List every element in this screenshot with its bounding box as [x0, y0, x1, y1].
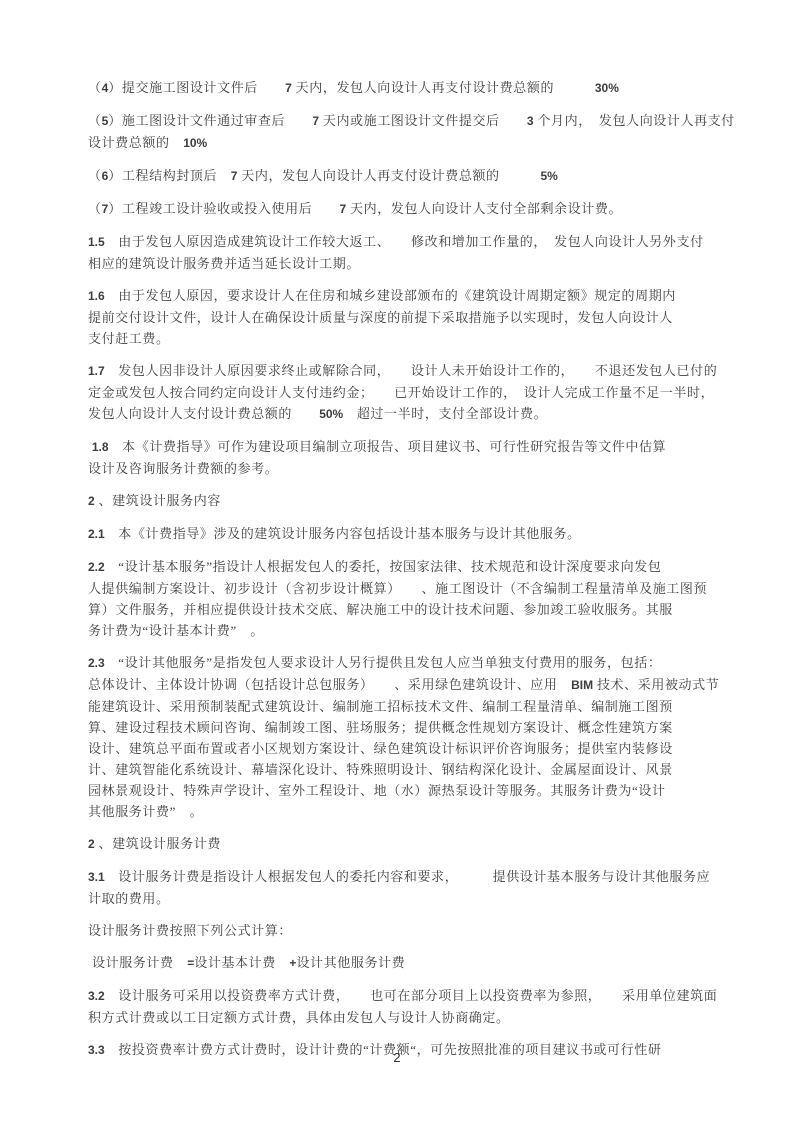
text-line: 提前交付设计文件，设计人在确保设计质量与深度的前提下采取措施予以实现时，发包人向… — [88, 307, 710, 328]
paragraph: （4）提交施工图设计文件后 7 天内，发包人向设计人再支付设计费总额的 30% — [88, 77, 710, 99]
paragraph: 3.1 设计服务计费是指设计人根据发包人的委托内容和要求， 提供设计基本服务与设… — [88, 866, 710, 909]
text-line: 1.6 由于发包人原因，要求设计人在住房和城乡建设部颁布的《建筑设计周期定额》规… — [88, 285, 710, 307]
numeric-text: 6 — [102, 169, 109, 183]
text-line: 能建筑设计、采用预制装配式建筑设计、编制施工招标技术文件、编制工程量清单、编制施… — [88, 696, 710, 717]
paragraph: 1.8 本《计费指导》可作为建设项目编制立项报告、项目建议书、可行性研究报告等文… — [88, 436, 710, 479]
numeric-text: BIM — [571, 678, 593, 692]
text-line: 积方式计费或以工日定额方式计费，具体由发包人与设计人协商确定。 — [88, 1007, 710, 1028]
numeric-text: 50% — [319, 407, 343, 421]
section-heading: 2 、建筑设计服务计费 — [88, 833, 710, 855]
text-line: 务计费为“设计基本计费” 。 — [88, 620, 710, 641]
text-line: 算、建设过程技术顾问咨询、编制竣工图、驻场服务；提供概念性规划方案设计、概念性建… — [88, 717, 710, 738]
text-line: 设计及咨询服务计费额的参考。 — [88, 458, 710, 479]
text-line: 2 、建筑设计服务计费 — [88, 833, 710, 855]
paragraph: （6）工程结构封顶后 7 天内，发包人向设计人再支付设计费总额的 5% — [88, 165, 710, 187]
text-line: 总体设计、主体设计协调（包括设计总包服务） 、采用绿色建筑设计、应用 BIM 技… — [88, 674, 710, 696]
text-line: 2.2 “设计基本服务”指设计人根据发包人的委托，按国家法律、技术规范和设计深度… — [88, 556, 710, 578]
text-line: 支付赶工费。 — [88, 328, 710, 349]
text-line: 2.1 本《计费指导》涉及的建筑设计服务内容包括设计基本服务与设计其他服务。 — [88, 523, 710, 545]
numeric-text: 4 — [102, 81, 109, 95]
text-line: 3.2 设计服务可采用以投资费率方式计费， 也可在部分项目上以投资费率为参照， … — [88, 985, 710, 1007]
paragraph: 2.3 “设计其他服务”是指发包人要求设计人另行提供且发包人应当单独支付费用的服… — [88, 652, 710, 822]
numeric-text: 1.5 — [88, 235, 105, 249]
text-line: 其他服务计费” 。 — [88, 801, 710, 822]
document-body: （4）提交施工图设计文件后 7 天内，发包人向设计人再支付设计费总额的 30%（… — [88, 77, 710, 1072]
numeric-text: 1.7 — [88, 364, 105, 378]
numeric-text: 30% — [595, 81, 619, 95]
numeric-text: 1.6 — [88, 289, 105, 303]
text-line: 1.8 本《计费指导》可作为建设项目编制立项报告、项目建议书、可行性研究报告等文… — [88, 436, 710, 458]
numeric-text: 7 — [340, 202, 347, 216]
fee-formula: 设计服务计费 =设计基本计费 +设计其他服务计费 — [88, 952, 710, 974]
numeric-text: 7 — [231, 169, 238, 183]
text-line: （7）工程竣工设计验收或投入使用后 7 天内，发包人向设计人支付全部剩余设计费。 — [88, 198, 710, 220]
numeric-text: 7 — [285, 81, 292, 95]
numeric-text: 2.2 — [88, 560, 105, 574]
numeric-text: + — [289, 956, 296, 970]
numeric-text: 2 — [88, 837, 95, 851]
numeric-text: 7 — [102, 202, 109, 216]
paragraph: 设计服务计费按照下列公式计算： — [88, 920, 710, 941]
text-line: 计取的费用。 — [88, 888, 710, 909]
paragraph: 1.5 由于发包人原因造成建筑设计工作较大返工、 修改和增加工作量的， 发包人向… — [88, 231, 710, 274]
text-line: （4）提交施工图设计文件后 7 天内，发包人向设计人再支付设计费总额的 30% — [88, 77, 710, 99]
text-line: 3.1 设计服务计费是指设计人根据发包人的委托内容和要求， 提供设计基本服务与设… — [88, 866, 710, 888]
document-page: （4）提交施工图设计文件后 7 天内，发包人向设计人再支付设计费总额的 30%（… — [0, 0, 794, 1123]
numeric-text: 3.2 — [88, 989, 105, 1003]
paragraph: （5）施工图设计文件通过审查后 7 天内或施工图设计文件提交后 3 个月内， 发… — [88, 110, 710, 154]
numeric-text: 2.1 — [88, 527, 105, 541]
text-line: 园林景观设计、特殊声学设计、室外工程设计、地（水）源热泵设计等服务。其服务计费为… — [88, 780, 710, 801]
numeric-text: 1.8 — [92, 440, 109, 454]
text-line: 1.5 由于发包人原因造成建筑设计工作较大返工、 修改和增加工作量的， 发包人向… — [88, 231, 710, 253]
text-line: 2.3 “设计其他服务”是指发包人要求设计人另行提供且发包人应当单独支付费用的服… — [88, 652, 710, 674]
paragraph: 1.7 发包人因非设计人原因要求终止或解除合同， 设计人未开始设计工作的， 不退… — [88, 360, 710, 425]
text-line: （6）工程结构封顶后 7 天内，发包人向设计人再支付设计费总额的 5% — [88, 165, 710, 187]
numeric-text: 2 — [88, 494, 95, 508]
paragraph: 3.2 设计服务可采用以投资费率方式计费， 也可在部分项目上以投资费率为参照， … — [88, 985, 710, 1028]
text-line: 2 、建筑设计服务内容 — [88, 490, 710, 512]
text-line: 设计费总额的 10% — [88, 132, 710, 154]
text-line: 计、建筑智能化系统设计、幕墙深化设计、特殊照明设计、钢结构深化设计、金属屋面设计… — [88, 759, 710, 780]
text-line: 定金或发包人按合同约定向设计人支付违约金； 已开始设计工作的， 设计人完成工作量… — [88, 382, 710, 403]
numeric-text: 10% — [183, 136, 207, 150]
section-heading: 2 、建筑设计服务内容 — [88, 490, 710, 512]
paragraph: 2.2 “设计基本服务”指设计人根据发包人的委托，按国家法律、技术规范和设计深度… — [88, 556, 710, 641]
numeric-text: 5 — [102, 114, 109, 128]
text-line: 设计、建筑总平面布置或者小区规划方案设计、绿色建筑设计标识评价咨询服务；提供室内… — [88, 738, 710, 759]
text-line: （5）施工图设计文件通过审查后 7 天内或施工图设计文件提交后 3 个月内， 发… — [88, 110, 710, 132]
text-line: 设计服务计费按照下列公式计算： — [88, 920, 710, 941]
paragraph: 1.6 由于发包人原因，要求设计人在住房和城乡建设部颁布的《建筑设计周期定额》规… — [88, 285, 710, 349]
numeric-text: 3 — [527, 114, 534, 128]
text-line: 人提供编制方案设计、初步设计（含初步设计概算） 、施工图设计（不含编制工程量清单… — [88, 578, 710, 599]
numeric-text: 5% — [540, 169, 557, 183]
text-line: 设计服务计费 =设计基本计费 +设计其他服务计费 — [88, 952, 710, 974]
text-line: 相应的建筑设计服务费并适当延长设计工期。 — [88, 253, 710, 274]
paragraph: （7）工程竣工设计验收或投入使用后 7 天内，发包人向设计人支付全部剩余设计费。 — [88, 198, 710, 220]
numeric-text: = — [187, 956, 194, 970]
text-line: 算）文件服务，并相应提供设计技术交底、解决施工中的设计技术问题、参加竣工验收服务… — [88, 599, 710, 620]
paragraph: 2.1 本《计费指导》涉及的建筑设计服务内容包括设计基本服务与设计其他服务。 — [88, 523, 710, 545]
numeric-text: 3.1 — [88, 870, 105, 884]
page-number: 2 — [0, 1050, 794, 1065]
text-line: 1.7 发包人因非设计人原因要求终止或解除合同， 设计人未开始设计工作的， 不退… — [88, 360, 710, 382]
numeric-text: 7 — [312, 114, 319, 128]
text-line: 发包人向设计人支付设计费总额的 50% 超过一半时，支付全部设计费。 — [88, 403, 710, 425]
numeric-text: 2.3 — [88, 656, 105, 670]
